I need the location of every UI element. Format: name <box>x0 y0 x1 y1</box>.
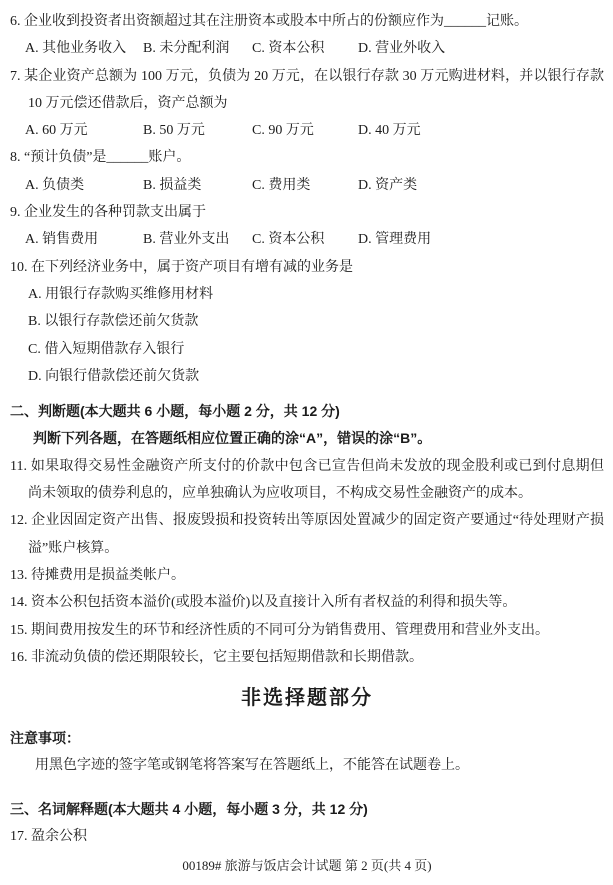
option-c: C. 资本公积 <box>252 226 358 253</box>
question-16: 16. 非流动负债的偿还期限较长，它主要包括短期借款和长期借款。 <box>10 644 604 671</box>
question-10-text: 10. 在下列经济业务中，属于资产项目有增有减的业务是 <box>10 254 604 281</box>
question-number: 17. <box>10 829 28 844</box>
question-8: 8. “预计负债”是______账户。 A. 负债类 B. 损益类 C. 费用类… <box>10 144 604 199</box>
option-d: D. 管理费用 <box>358 226 604 253</box>
option-d: D. 资产类 <box>358 172 604 199</box>
question-13: 13. 待摊费用是损益类帐户。 <box>10 562 604 589</box>
option-d: D. 营业外收入 <box>358 35 604 62</box>
option-a: A. 用银行存款购买维修用材料 <box>10 281 604 308</box>
section-2-instruction: 判断下列各题，在答题纸相应位置正确的涂“A”，错误的涂“B”。 <box>10 425 604 452</box>
question-body: 某企业资产总额为 100 万元，负债为 20 万元，在以银行存款 30 万元购进… <box>24 69 604 111</box>
option-c: C. 费用类 <box>252 172 358 199</box>
exam-paper-page: 6. 企业收到投资者出资额超过其在注册资本或股本中所占的份额应作为______记… <box>0 0 613 885</box>
option-d: D. 向银行借款偿还前欠货款 <box>10 363 604 390</box>
option-c: C. 资本公积 <box>252 35 358 62</box>
notice-section: 注意事项： 用黑色字迹的签字笔或钢笔将答案写在答题纸上，不能答在试题卷上。 <box>10 725 604 780</box>
non-multiple-choice-part-title: 非选择题部分 <box>10 683 604 713</box>
question-17: 17. 盈余公积 <box>10 823 604 850</box>
question-body: 企业因固定资产出售、报废毁损和投资转出等原因处置减少的固定资产要通过“待处理财产… <box>28 513 604 555</box>
question-9-text: 9. 企业发生的各种罚款支出属于 <box>10 199 604 226</box>
question-body: 企业发生的各种罚款支出属于 <box>24 205 206 220</box>
question-number: 14. <box>10 595 28 610</box>
question-body: 非流动负债的偿还期限较长，它主要包括短期借款和长期借款。 <box>31 650 423 665</box>
term-explanation-section: 三、名词解释题(本大题共 4 小题，每小题 3 分，共 12 分) 17. 盈余… <box>10 796 604 851</box>
option-b: B. 以银行存款偿还前欠货款 <box>10 308 604 335</box>
notice-body: 用黑色字迹的签字笔或钢笔将答案写在答题纸上，不能答在试题卷上。 <box>10 752 604 779</box>
section-3-heading: 三、名词解释题(本大题共 4 小题，每小题 3 分，共 12 分) <box>10 796 604 823</box>
option-b: B. 未分配利润 <box>143 35 252 62</box>
question-6-options: A. 其他业务收入 B. 未分配利润 C. 资本公积 D. 营业外收入 <box>10 35 604 62</box>
multiple-choice-section: 6. 企业收到投资者出资额超过其在注册资本或股本中所占的份额应作为______记… <box>10 8 604 390</box>
question-7-text: 7. 某企业资产总额为 100 万元，负债为 20 万元，在以银行存款 30 万… <box>10 63 604 118</box>
option-b: B. 损益类 <box>143 172 252 199</box>
question-9-options: A. 销售费用 B. 营业外支出 C. 资本公积 D. 管理费用 <box>10 226 604 253</box>
question-body: 期间费用按发生的环节和经济性质的不同可分为销售费用、管理费用和营业外支出。 <box>31 623 549 638</box>
page-footer: 00189# 旅游与饭店会计试题 第 2 页(共 4 页) <box>10 852 604 879</box>
option-a: A. 销售费用 <box>25 226 143 253</box>
question-number: 16. <box>10 650 28 665</box>
question-14: 14. 资本公积包括资本溢价(或股本溢价)以及直接计入所有者权益的利得和损失等。 <box>10 589 604 616</box>
question-9: 9. 企业发生的各种罚款支出属于 A. 销售费用 B. 营业外支出 C. 资本公… <box>10 199 604 254</box>
question-number: 8. <box>10 150 21 165</box>
question-number: 6. <box>10 14 21 29</box>
question-15: 15. 期间费用按发生的环节和经济性质的不同可分为销售费用、管理费用和营业外支出… <box>10 617 604 644</box>
question-number: 12. <box>10 513 28 528</box>
question-number: 7. <box>10 69 21 84</box>
question-10: 10. 在下列经济业务中，属于资产项目有增有减的业务是 A. 用银行存款购买维修… <box>10 254 604 390</box>
true-false-section: 二、判断题(本大题共 6 小题，每小题 2 分，共 12 分) 判断下列各题，在… <box>10 398 604 671</box>
question-number: 15. <box>10 623 28 638</box>
question-body: 待摊费用是损益类帐户。 <box>31 568 185 583</box>
question-8-text: 8. “预计负债”是______账户。 <box>10 144 604 171</box>
question-number: 11. <box>10 459 27 474</box>
question-body: 企业收到投资者出资额超过其在注册资本或股本中所占的份额应作为______记账。 <box>24 14 528 29</box>
question-number: 9. <box>10 205 21 220</box>
option-b: B. 营业外支出 <box>143 226 252 253</box>
question-6: 6. 企业收到投资者出资额超过其在注册资本或股本中所占的份额应作为______记… <box>10 8 604 63</box>
option-c: C. 90 万元 <box>252 117 358 144</box>
question-body: 在下列经济业务中，属于资产项目有增有减的业务是 <box>31 260 353 275</box>
notice-heading: 注意事项： <box>10 725 604 752</box>
question-8-options: A. 负债类 B. 损益类 C. 费用类 D. 资产类 <box>10 172 604 199</box>
question-6-text: 6. 企业收到投资者出资额超过其在注册资本或股本中所占的份额应作为______记… <box>10 8 604 35</box>
option-a: A. 负债类 <box>25 172 143 199</box>
question-number: 13. <box>10 568 28 583</box>
question-body: “预计负债”是______账户。 <box>24 150 190 165</box>
option-b: B. 50 万元 <box>143 117 252 144</box>
question-7: 7. 某企业资产总额为 100 万元，负债为 20 万元，在以银行存款 30 万… <box>10 63 604 145</box>
option-a: A. 其他业务收入 <box>25 35 143 62</box>
question-number: 10. <box>10 260 28 275</box>
question-7-options: A. 60 万元 B. 50 万元 C. 90 万元 D. 40 万元 <box>10 117 604 144</box>
option-a: A. 60 万元 <box>25 117 143 144</box>
question-11: 11. 如果取得交易性金融资产所支付的价款中包含已宣告但尚未发放的现金股利或已到… <box>10 453 604 508</box>
section-2-heading: 二、判断题(本大题共 6 小题，每小题 2 分，共 12 分) <box>10 398 604 425</box>
question-12: 12. 企业因固定资产出售、报废毁损和投资转出等原因处置减少的固定资产要通过“待… <box>10 507 604 562</box>
option-c: C. 借入短期借款存入银行 <box>10 336 604 363</box>
question-body: 盈余公积 <box>31 829 87 844</box>
question-body: 资本公积包括资本溢价(或股本溢价)以及直接计入所有者权益的利得和损失等。 <box>31 595 516 610</box>
question-body: 如果取得交易性金融资产所支付的价款中包含已宣告但尚未发放的现金股利或已到付息期但… <box>28 459 604 501</box>
option-d: D. 40 万元 <box>358 117 604 144</box>
